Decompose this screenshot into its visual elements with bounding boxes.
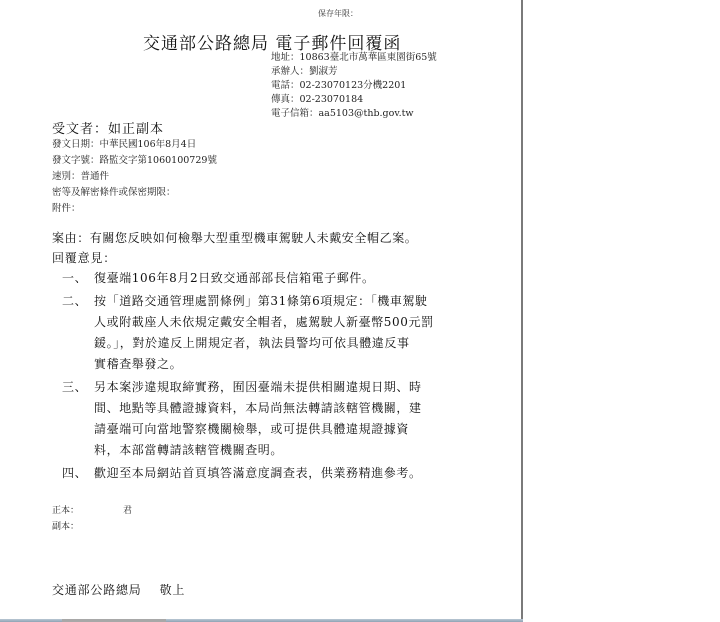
item-number: 三、 xyxy=(62,377,94,398)
item-line: 人或附載座人未依規定戴安全帽者，處駕駛人新臺幣500元罰 xyxy=(62,312,434,333)
copy-recipient: 副本： xyxy=(52,519,132,535)
item-line: 按「道路交通管理處罰條例」第31條第6項規定：「機車駕駛 xyxy=(94,294,428,308)
copy-label: 副本： xyxy=(52,522,79,532)
signoff: 交通部公路總局敬上 xyxy=(52,581,185,598)
meta-block: 發文日期：中華民國106年8月4日 發文字號：路監交字第1060100729號 … xyxy=(52,137,217,217)
signoff-org: 交通部公路總局 xyxy=(52,583,142,597)
reply-item-1: 一、復臺端106年8月2日致交通部部長信箱電子郵件。 xyxy=(62,268,375,289)
item-line: 鍰。」，對於違反上開規定者，執法員警均可依具體違反事 xyxy=(62,333,434,354)
secrecy-level: 密等及解密條件或保密期限： xyxy=(52,185,217,201)
item-line: 請臺端可向當地警察機關檢舉，或可提供具體違規證據資 xyxy=(62,419,422,440)
reply-item-2: 二、按「道路交通管理處罰條例」第31條第6項規定：「機車駕駛 人或附載座人未依規… xyxy=(62,291,434,375)
handler-line: 承辦人：劉淑芳 xyxy=(271,65,437,79)
reply-heading: 回覆意見： xyxy=(52,249,116,266)
recipient-line: 受文者：如正副本 xyxy=(52,118,164,137)
signoff-closing: 敬上 xyxy=(160,583,186,597)
document-page: 保存年限： 交通部公路總局 電子郵件回覆函 地址：10863臺北市萬華區東園街6… xyxy=(0,0,523,620)
item-line: 復臺端106年8月2日致交通部部長信箱電子郵件。 xyxy=(94,271,375,285)
retention-period-label: 保存年限： xyxy=(318,8,358,19)
contact-block: 地址：10863臺北市萬華區東園街65號 承辦人：劉淑芳 電話：02-23070… xyxy=(271,51,437,121)
item-line: 歡迎至本局網站首頁填答滿意度調查表，供業務精進參考。 xyxy=(94,466,422,480)
delivery-speed: 速別：普通件 xyxy=(52,169,217,185)
reply-item-4: 四、歡迎至本局網站首頁填答滿意度調查表，供業務精進參考。 xyxy=(62,463,422,484)
subject-line: 案由：有關您反映如何檢舉大型重型機車駕駛人未戴安全帽乙案。 xyxy=(52,229,417,246)
item-line: 另本案涉違規取締實務，囿因臺端未提供相關違規日期、時 xyxy=(94,380,422,394)
document-number: 發文字號：路監交字第1060100729號 xyxy=(52,153,217,169)
item-line: 間、地點等具體證據資料，本局尚無法轉請該轄管機關，建 xyxy=(62,398,422,419)
fax-line: 傳真：02-23070184 xyxy=(271,93,437,107)
item-number: 二、 xyxy=(62,291,94,312)
item-number: 一、 xyxy=(62,268,94,289)
item-line: 實稽查舉發之。 xyxy=(62,354,434,375)
distribution-block: 正本：君 副本： xyxy=(52,503,132,535)
issue-date: 發文日期：中華民國106年8月4日 xyxy=(52,137,217,153)
original-value: 君 xyxy=(123,506,132,516)
original-label: 正本： xyxy=(52,506,79,516)
reply-item-3: 三、另本案涉違規取締實務，囿因臺端未提供相關違規日期、時 間、地點等具體證據資料… xyxy=(62,377,422,461)
attachments: 附件： xyxy=(52,201,217,217)
item-number: 四、 xyxy=(62,463,94,484)
item-line: 料，本部當轉請該轄管機關查明。 xyxy=(62,440,422,461)
address-line: 地址：10863臺北市萬華區東園街65號 xyxy=(271,51,437,65)
phone-line: 電話：02-23070123分機2201 xyxy=(271,79,437,93)
original-recipient: 正本：君 xyxy=(52,503,132,519)
email-line: 電子信箱：aa5103@thb.gov.tw xyxy=(271,107,437,121)
